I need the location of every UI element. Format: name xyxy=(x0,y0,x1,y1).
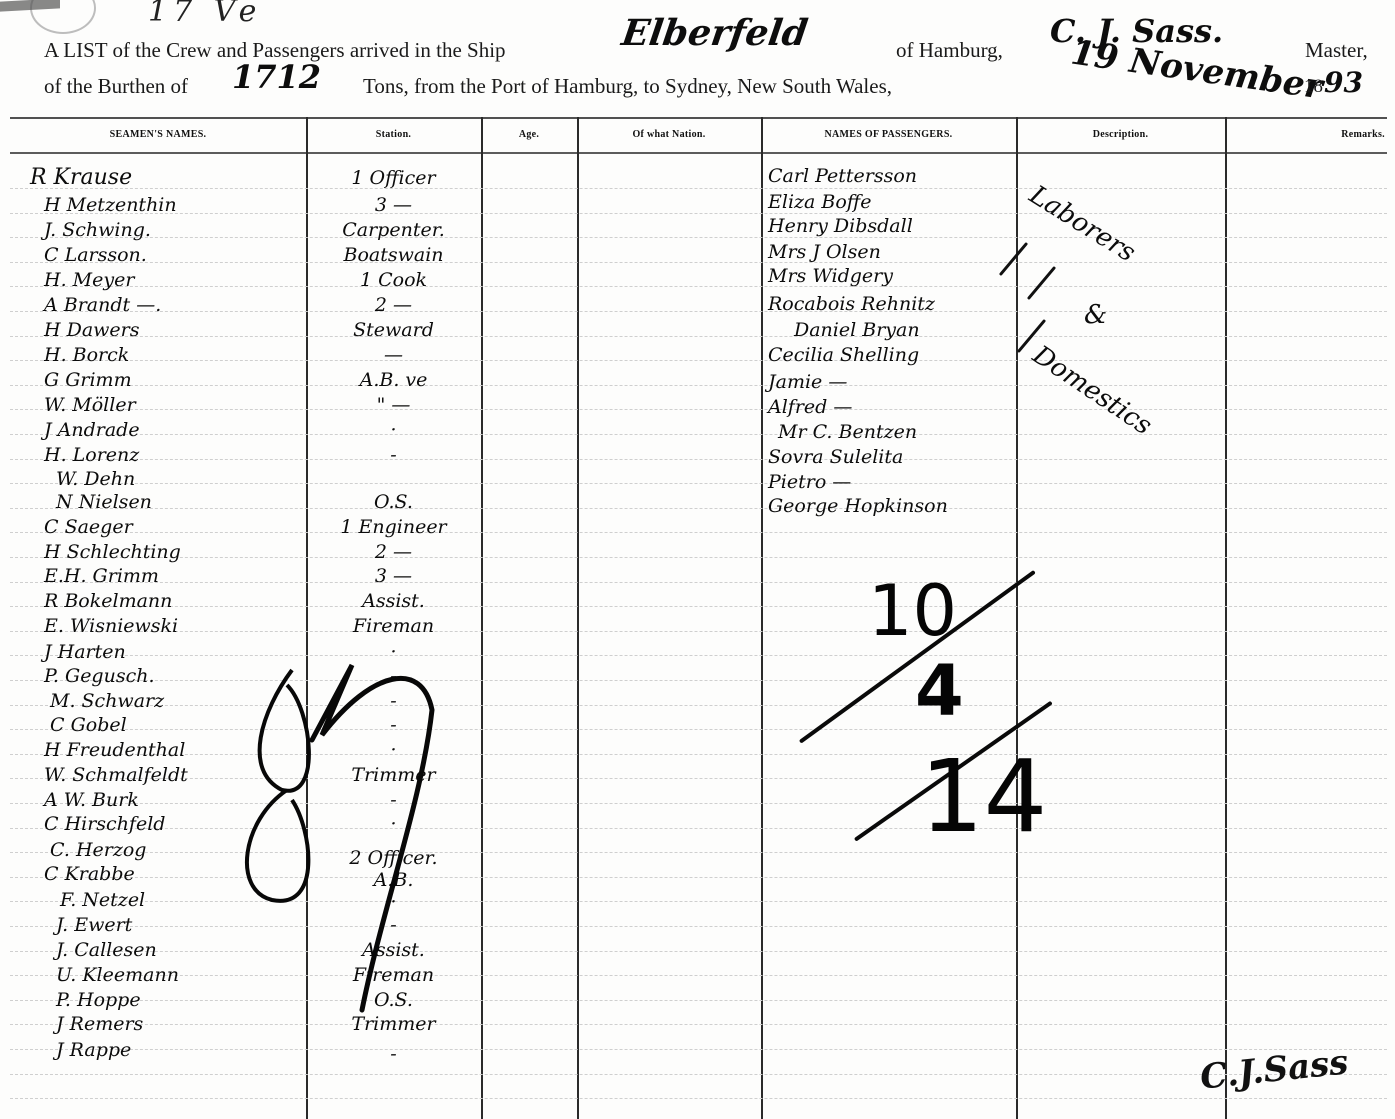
crew-station: Steward xyxy=(306,318,481,342)
passenger-name: Mrs J Olsen xyxy=(768,240,881,264)
crew-station: 1 Cook xyxy=(306,268,481,292)
column-header-description: Description. xyxy=(1016,120,1225,150)
ruled-line xyxy=(10,483,1387,484)
crew-name: W. Möller xyxy=(44,393,136,417)
ruled-line xyxy=(10,360,1387,361)
crew-name: P. Hoppe xyxy=(56,988,141,1012)
ruled-line xyxy=(10,877,1387,878)
crew-station: 3 — xyxy=(306,564,481,588)
burthen-tons: 1712 xyxy=(232,58,321,96)
crew-name: J. Callesen xyxy=(56,938,157,962)
ruled-line xyxy=(10,729,1387,730)
passenger-name: Pietro — xyxy=(768,470,851,494)
ruled-line xyxy=(10,557,1387,558)
header-of-port: of Hamburg, xyxy=(896,38,1003,63)
column-header-station: Station. xyxy=(306,120,481,150)
passenger-name: Rocabois Rehnitz xyxy=(768,292,935,316)
ruled-line xyxy=(10,262,1387,263)
passenger-name: Daniel Bryan xyxy=(794,318,920,342)
passenger-name: George Hopkinson xyxy=(768,494,948,518)
crew-name: H Schlechting xyxy=(44,540,181,564)
crew-name: E.H. Grimm xyxy=(44,564,159,588)
crew-name: M. Schwarz xyxy=(50,689,164,713)
crew-name: A W. Burk xyxy=(44,788,139,812)
crew-name: H. Borck xyxy=(44,343,129,367)
crew-name: P. Gegusch. xyxy=(44,664,155,688)
ruled-line xyxy=(10,532,1387,533)
ruled-line xyxy=(10,1000,1387,1001)
ruled-line xyxy=(10,655,1387,656)
crew-name: G Grimm xyxy=(44,368,132,392)
passenger-name: Eliza Boffe xyxy=(768,190,872,214)
ruled-line xyxy=(10,459,1387,460)
ruled-line xyxy=(10,311,1387,312)
crew-station: 2 — xyxy=(306,293,481,317)
ruled-line xyxy=(10,1024,1387,1025)
ruled-line xyxy=(10,951,1387,952)
ruled-line xyxy=(10,754,1387,755)
crew-name: C Larsson. xyxy=(44,243,147,267)
ditto-tick xyxy=(1027,266,1056,300)
column-header-passengers: NAMES OF PASSENGERS. xyxy=(761,120,1016,150)
crew-name: R Krause xyxy=(30,166,132,190)
crew-passenger-list-sheet: 17 Ve A LIST of the Crew and Passengers … xyxy=(0,0,1395,1119)
ruled-line xyxy=(10,213,1387,214)
ditto-tick xyxy=(999,242,1028,276)
crew-name: E. Wisniewski xyxy=(44,614,178,638)
crew-name: J Remers xyxy=(56,1012,143,1036)
crew-name: F. Netzel xyxy=(60,888,145,912)
column-divider xyxy=(1225,117,1227,1119)
crew-name: J Andrade xyxy=(44,418,140,442)
ruled-line xyxy=(10,828,1387,829)
master-label: Master, xyxy=(1305,38,1368,63)
crew-name: H. Lorenz xyxy=(44,443,139,467)
ruled-line xyxy=(10,705,1387,706)
ruled-line xyxy=(10,1098,1387,1099)
header-rule xyxy=(10,117,1387,119)
ruled-line xyxy=(10,582,1387,583)
column-header-rule xyxy=(10,152,1387,154)
crew-station: — xyxy=(306,343,481,367)
crew-station: " — xyxy=(306,393,481,417)
ruled-line xyxy=(10,926,1387,927)
passenger-name: Alfred — xyxy=(768,395,852,419)
crew-name: C Krabbe xyxy=(44,862,135,886)
crew-station: 3 — xyxy=(306,193,481,217)
column-header-nation: Of what Nation. xyxy=(577,120,761,150)
ruled-line xyxy=(10,975,1387,976)
ruled-line xyxy=(10,1074,1387,1075)
tally-total: 14 xyxy=(920,738,1047,855)
column-divider xyxy=(577,117,579,1119)
ruled-line xyxy=(10,188,1387,189)
passenger-name: Jamie — xyxy=(768,370,847,394)
column-header-age: Age. xyxy=(481,120,577,150)
column-header-seamen: SEAMEN'S NAMES. xyxy=(10,120,306,150)
crew-station: 1 Officer xyxy=(306,166,481,190)
ruled-line xyxy=(10,901,1387,902)
passenger-name: Mrs Widgery xyxy=(768,264,893,288)
column-divider xyxy=(761,117,763,1119)
ruled-line xyxy=(10,237,1387,238)
ruled-line xyxy=(10,336,1387,337)
crew-station: O.S. xyxy=(306,490,481,514)
crew-initials-mark xyxy=(232,650,502,1020)
crew-station: - xyxy=(306,443,481,467)
crew-station: 2 — xyxy=(306,540,481,564)
crew-name: J Harten xyxy=(44,640,126,664)
crew-name: J. Schwing. xyxy=(44,218,151,242)
crew-name: H Freudenthal xyxy=(44,738,185,762)
ruled-line xyxy=(10,852,1387,853)
ship-name: Elberfeld xyxy=(619,12,810,54)
header-line2-prefix: of the Burthen of xyxy=(44,74,188,99)
description-domestics: Domestics xyxy=(1027,340,1157,441)
ruled-line xyxy=(10,778,1387,779)
passenger-name: Henry Dibsdall xyxy=(768,214,913,238)
header-line2-route: Tons, from the Port of Hamburg, to Sydne… xyxy=(363,74,892,99)
crew-name: R Bokelmann xyxy=(44,589,172,613)
passenger-name: Sovra Sulelita xyxy=(768,445,903,469)
column-header-remarks: Remarks. xyxy=(1225,120,1385,150)
ruled-line xyxy=(10,434,1387,435)
crew-name: W. Dehn xyxy=(56,467,135,491)
crew-name: H Metzenthin xyxy=(44,193,177,217)
master-signature: C.J.Sass xyxy=(1198,1042,1350,1097)
ruled-line xyxy=(10,803,1387,804)
reference-mark: 17 Ve xyxy=(148,0,262,29)
description-and: & xyxy=(1084,300,1107,330)
crew-name: H Dawers xyxy=(44,318,140,342)
crew-name: A Brandt —. xyxy=(44,293,161,317)
crew-station: A.B. ve xyxy=(306,368,481,392)
crew-name: C Hirschfeld xyxy=(44,812,165,836)
crew-station: Assist. xyxy=(306,589,481,613)
ruled-line xyxy=(10,508,1387,509)
column-divider xyxy=(1016,117,1018,1119)
ruled-line xyxy=(10,286,1387,287)
crew-station: · xyxy=(306,418,481,442)
ruled-line xyxy=(10,680,1387,681)
passenger-name: Mr C. Bentzen xyxy=(778,420,917,444)
crew-name: C. Herzog xyxy=(50,838,146,862)
crew-name: H. Meyer xyxy=(44,268,134,292)
crew-station: 1 Engineer xyxy=(306,515,481,539)
year-suffix: 93 xyxy=(1324,66,1363,99)
crew-name: W. Schmalfeldt xyxy=(44,763,188,787)
year-prefix: 18 xyxy=(1304,76,1323,98)
crew-station: Fireman xyxy=(306,614,481,638)
tally-middle: 4 xyxy=(915,650,964,732)
ruled-line xyxy=(10,606,1387,607)
description-laborers: Laborers xyxy=(1024,180,1141,268)
crew-name: N Nielsen xyxy=(56,490,152,514)
ruled-line xyxy=(10,1049,1387,1050)
crew-name: C Gobel xyxy=(50,713,127,737)
crew-station: Carpenter. xyxy=(306,218,481,242)
crew-name: J Rappe xyxy=(56,1038,131,1062)
ruled-line xyxy=(10,631,1387,632)
crew-name: J. Ewert xyxy=(56,913,132,937)
ruled-line xyxy=(10,409,1387,410)
crew-station: - xyxy=(306,1042,481,1066)
crew-station: Boatswain xyxy=(306,243,481,267)
passenger-name: Carl Pettersson xyxy=(768,164,917,188)
passenger-name: Cecilia Shelling xyxy=(768,343,919,367)
crew-name: C Saeger xyxy=(44,515,133,539)
ruled-line xyxy=(10,385,1387,386)
crew-name: U. Kleemann xyxy=(56,963,179,987)
